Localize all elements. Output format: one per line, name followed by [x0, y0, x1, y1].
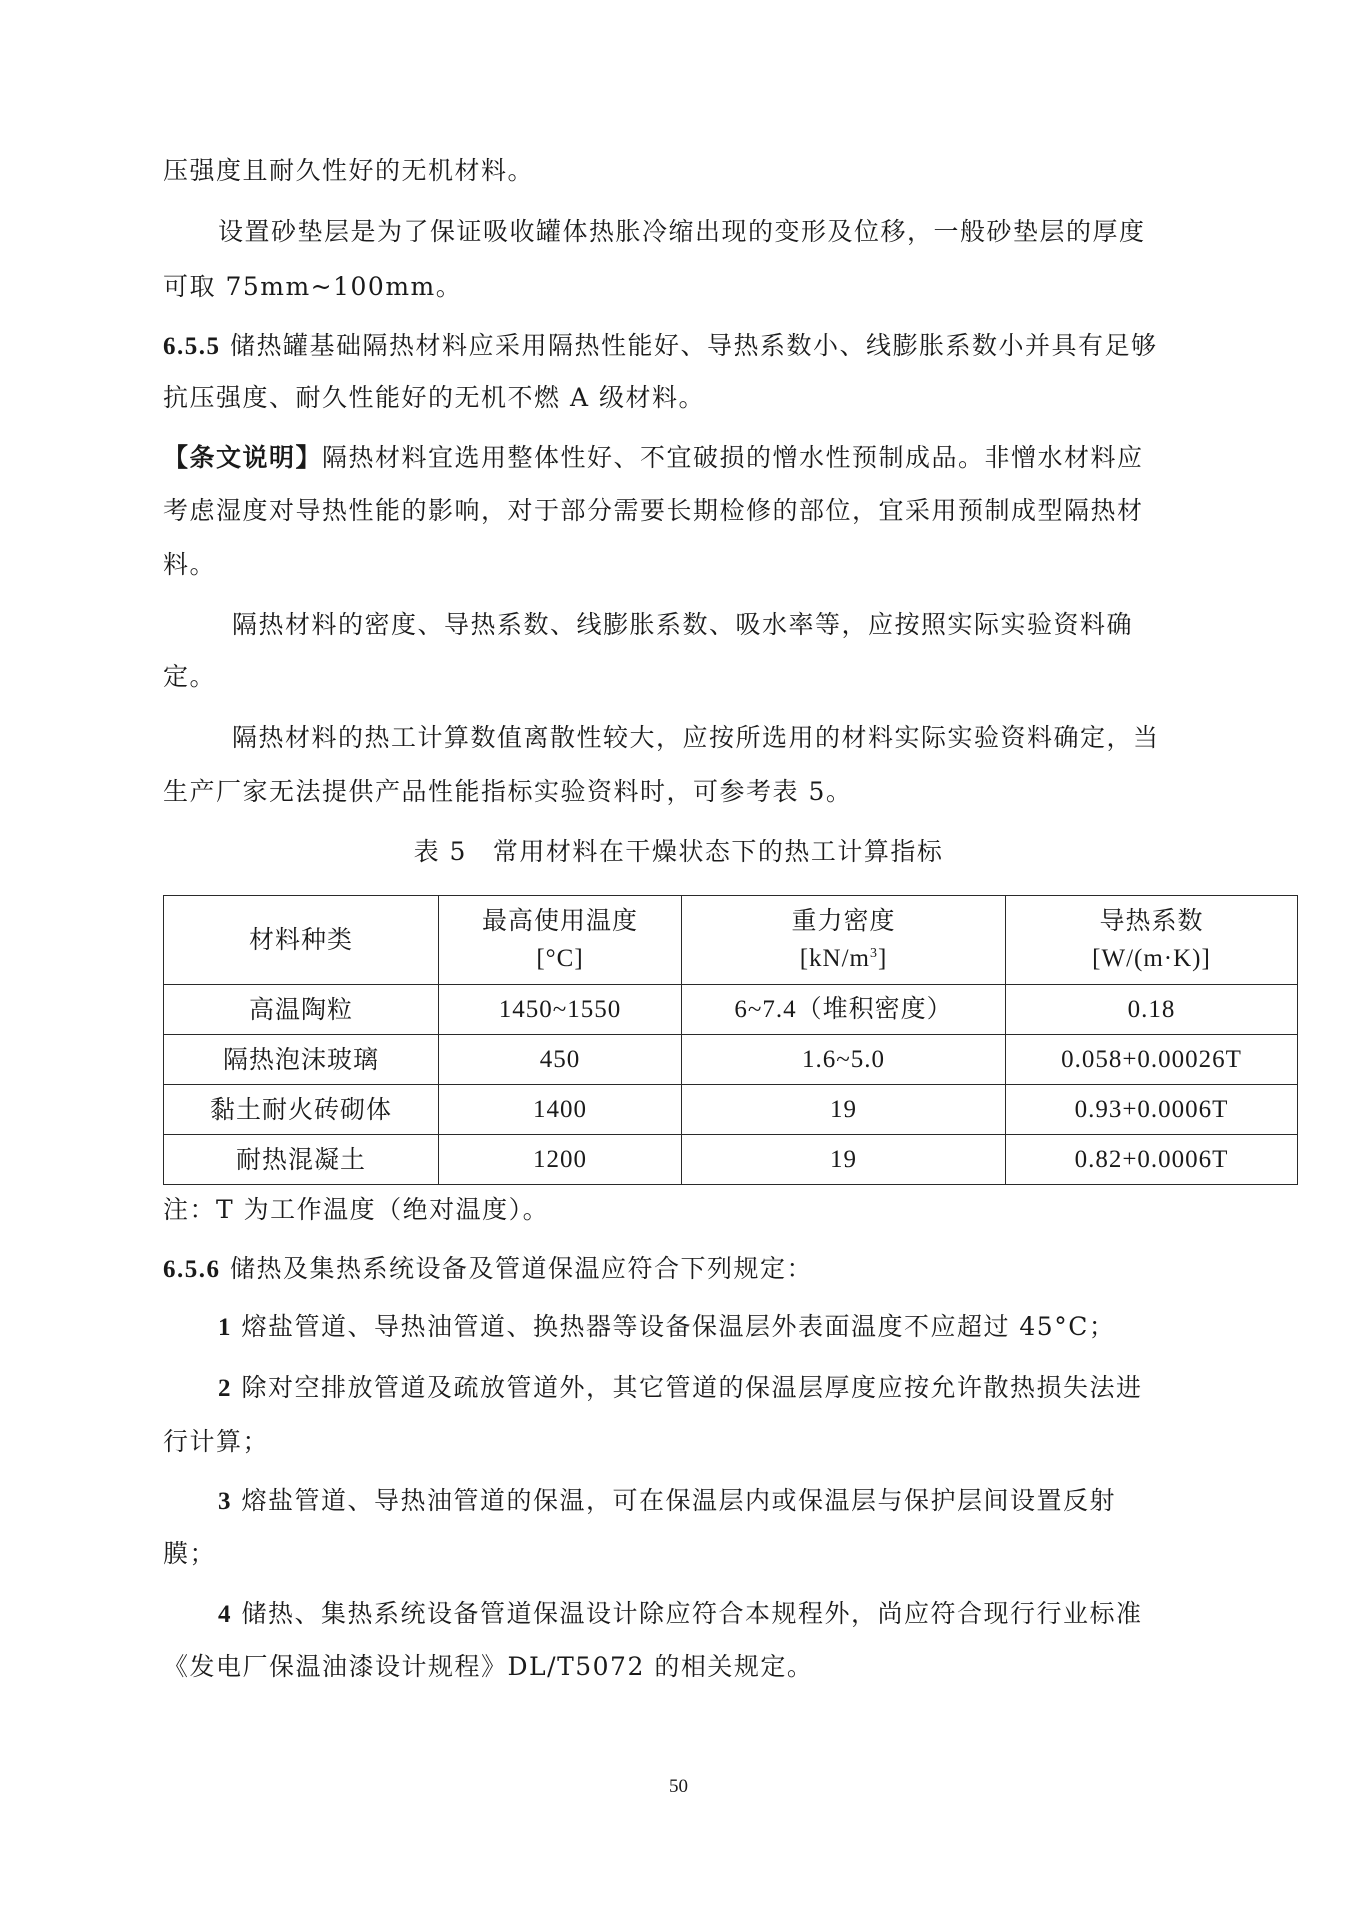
explanation-text: 隔热材料宜选用整体性好、不宜破损的憎水性预制成品。非憎水材料应 — [322, 443, 1144, 472]
cell-density: 1.6~5.0 — [682, 1035, 1006, 1085]
clause-text: 储热罐基础隔热材料应采用隔热性能好、导热系数小、线膨胀系数小并具有足够 — [230, 331, 1158, 360]
item-number: 4 — [218, 1601, 232, 1628]
explanation-text: 考虑湿度对导热性能的影响，对于部分需要长期检修的部位，宜采用预制成型隔热材 — [163, 496, 1144, 526]
clause-number: 6.5.6 — [163, 1256, 221, 1283]
page-number: 50 — [0, 1776, 1357, 1798]
paragraph-text: 生产厂家无法提供产品性能指标实验资料时，可参考表 5。 — [163, 777, 852, 807]
clause-number: 6.5.5 — [163, 333, 221, 360]
table-row: 耐热混凝土 1200 19 0.82+0.0006T — [164, 1135, 1298, 1185]
table-row: 隔热泡沫玻璃 450 1.6~5.0 0.058+0.00026T — [164, 1035, 1298, 1085]
header-thermal-conductivity: 导热系数 [W/(m·K)] — [1006, 896, 1298, 985]
cell-material: 高温陶粒 — [164, 985, 439, 1035]
item-text-continued: 膜； — [163, 1539, 216, 1569]
item-text: 熔盐管道、导热油管道的保温，可在保温层内或保温层与保护层间设置反射 — [241, 1486, 1116, 1515]
table-note: 注：T 为工作温度（绝对温度）。 — [163, 1195, 549, 1225]
cell-material: 黏土耐火砖砌体 — [164, 1085, 439, 1135]
table-number: 表 5 — [414, 837, 467, 866]
paragraph-text: 隔热材料的密度、导热系数、线膨胀系数、吸水率等，应按照实际实验资料确 — [232, 610, 1133, 640]
item-text-continued: 行计算； — [163, 1427, 269, 1457]
cell-conductivity: 0.058+0.00026T — [1006, 1035, 1298, 1085]
clause-title: 储热及集热系统设备及管道保温应符合下列规定： — [230, 1254, 813, 1283]
table-caption: 表 5常用材料在干燥状态下的热工计算指标 — [0, 837, 1357, 867]
item-number: 1 — [218, 1314, 232, 1341]
cell-density: 19 — [682, 1085, 1006, 1135]
item-number: 2 — [218, 1375, 232, 1402]
paragraph-text: 压强度且耐久性好的无机材料。 — [163, 156, 534, 186]
item-text-continued: 《发电厂保温油漆设计规程》DL/T5072 的相关规定。 — [163, 1652, 813, 1682]
item-text: 储热、集热系统设备管道保温设计除应符合本规程外，尚应符合现行行业标准 — [241, 1599, 1142, 1628]
cell-density: 19 — [682, 1135, 1006, 1185]
header-max-temperature: 最高使用温度 [°C] — [439, 896, 682, 985]
cell-conductivity: 0.93+0.0006T — [1006, 1085, 1298, 1135]
item-number: 3 — [218, 1488, 232, 1515]
header-material-type: 材料种类 — [164, 896, 439, 985]
paragraph-text: 定。 — [163, 662, 216, 692]
cell-material: 隔热泡沫玻璃 — [164, 1035, 439, 1085]
cell-density: 6~7.4（堆积密度） — [682, 985, 1006, 1035]
table-header-row: 材料种类 最高使用温度 [°C] 重力密度 [kN/m3] 导热系数 [W/(m… — [164, 896, 1298, 985]
cell-conductivity: 0.82+0.0006T — [1006, 1135, 1298, 1185]
item-text: 熔盐管道、导热油管道、换热器等设备保温层外表面温度不应超过 45°C； — [241, 1312, 1115, 1341]
explanation-label: 【条文说明】 — [163, 445, 322, 472]
clause-text: 抗压强度、耐久性能好的无机不燃 A 级材料。 — [163, 383, 705, 413]
list-item: 4 储热、集热系统设备管道保温设计除应符合本规程外，尚应符合现行行业标准 — [218, 1599, 1142, 1630]
cell-material: 耐热混凝土 — [164, 1135, 439, 1185]
paragraph-text: 设置砂垫层是为了保证吸收罐体热胀冷缩出现的变形及位移，一般砂垫层的厚度 — [218, 217, 1146, 247]
item-text: 除对空排放管道及疏放管道外，其它管道的保温层厚度应按允许散热损失法进 — [241, 1373, 1142, 1402]
header-gravity-density: 重力密度 [kN/m3] — [682, 896, 1006, 985]
table-row: 黏土耐火砖砌体 1400 19 0.93+0.0006T — [164, 1085, 1298, 1135]
thermal-properties-table: 材料种类 最高使用温度 [°C] 重力密度 [kN/m3] 导热系数 [W/(m… — [163, 895, 1298, 1185]
list-item: 2 除对空排放管道及疏放管道外，其它管道的保温层厚度应按允许散热损失法进 — [218, 1373, 1142, 1404]
explanation-text: 料。 — [163, 550, 216, 580]
cell-max-temp: 1200 — [439, 1135, 682, 1185]
explanation-paragraph: 【条文说明】隔热材料宜选用整体性好、不宜破损的憎水性预制成品。非憎水材料应 — [163, 443, 1144, 474]
table-row: 高温陶粒 1450~1550 6~7.4（堆积密度） 0.18 — [164, 985, 1298, 1035]
list-item: 1 熔盐管道、导热油管道、换热器等设备保温层外表面温度不应超过 45°C； — [218, 1312, 1115, 1343]
clause-6-5-5: 6.5.5 储热罐基础隔热材料应采用隔热性能好、导热系数小、线膨胀系数小并具有足… — [163, 331, 1157, 362]
list-item: 3 熔盐管道、导热油管道的保温，可在保温层内或保温层与保护层间设置反射 — [218, 1486, 1116, 1517]
cell-max-temp: 450 — [439, 1035, 682, 1085]
cell-max-temp: 1450~1550 — [439, 985, 682, 1035]
cell-max-temp: 1400 — [439, 1085, 682, 1135]
paragraph-text: 可取 75mm~100mm。 — [163, 272, 462, 302]
table-title: 常用材料在干燥状态下的热工计算指标 — [493, 837, 944, 866]
paragraph-text: 隔热材料的热工计算数值离散性较大，应按所选用的材料实际实验资料确定，当 — [232, 723, 1160, 753]
clause-6-5-6: 6.5.6 储热及集热系统设备及管道保温应符合下列规定： — [163, 1254, 813, 1285]
cell-conductivity: 0.18 — [1006, 985, 1298, 1035]
